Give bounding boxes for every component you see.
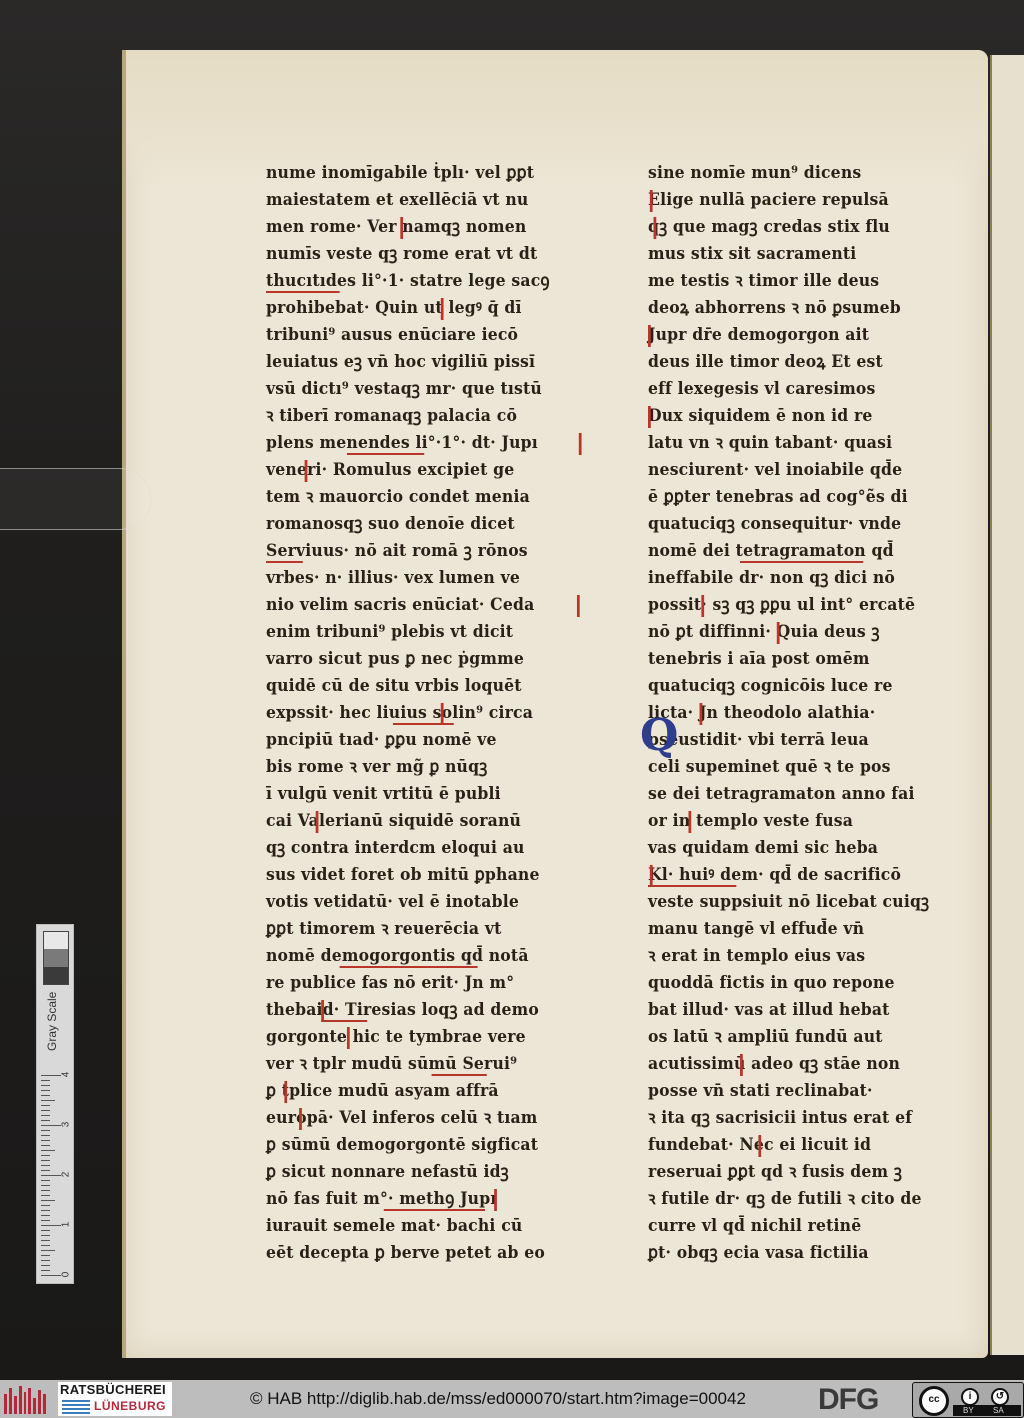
rubric-mark <box>441 703 444 725</box>
manuscript-line: cai Valerianū siquidē soranū <box>266 808 590 835</box>
ruler-tick <box>41 1255 50 1256</box>
manuscript-line: gorgonte hic te tymbrae vere <box>266 1024 590 1051</box>
rubric-mark <box>577 595 580 617</box>
rubric-underline <box>740 561 863 563</box>
rubric-underline <box>321 1020 367 1022</box>
ruler-tick <box>41 1265 50 1266</box>
ruler-tick <box>41 1270 50 1271</box>
manuscript-line: se dei tetragramaton anno fai <box>648 781 939 808</box>
rubric-underline <box>432 1074 487 1076</box>
rubric-mark <box>299 1108 302 1130</box>
manuscript-line: nomē dei tetragramaton qd̄ <box>648 538 939 565</box>
manuscript-line: quatuciqꝫ consequitur· vnde <box>648 511 939 538</box>
manuscript-line: deoꝝ abhorrens ꝛ nō ꝑsumeb <box>648 295 939 322</box>
ruler-tick <box>41 1205 50 1206</box>
ruler-tick <box>41 1120 50 1121</box>
manuscript-line: licta· Jn theodolo alathia· <box>648 700 939 727</box>
rubric-mark <box>284 1081 287 1103</box>
ruler-tick <box>41 1190 50 1191</box>
manuscript-line: ꝛ tiberī romanaqꝫ palacia cō <box>266 403 590 430</box>
manuscript-line: tribuni⁹ ausus enūciare iecō <box>266 322 590 349</box>
ruler-number: 3 <box>60 1122 71 1128</box>
ruler-tick <box>41 1175 61 1176</box>
rubric-underline <box>347 453 424 455</box>
rubric-mark <box>648 406 651 428</box>
ruler-number: 4 <box>60 1072 71 1078</box>
manuscript-line: votis vetidatū· vel ē inotable <box>266 889 590 916</box>
rubric-underline <box>648 885 736 887</box>
ruler-tick <box>41 1200 55 1201</box>
ruler-tick <box>41 1150 55 1151</box>
ruler-tick <box>41 1275 61 1276</box>
manuscript-line: tem ꝛ mauorcio condet menia <box>266 484 590 511</box>
manuscript-line: veste suppsiuit nō licebat cuiqꝫ <box>648 889 939 916</box>
rubric-mark <box>347 1027 350 1049</box>
manuscript-line: Kl· huiꝰ dem· qd̄ de sacrificō <box>648 862 939 889</box>
ruler-tick <box>41 1170 50 1171</box>
ruler-tick <box>41 1225 61 1226</box>
copyright-link[interactable]: © HAB http://diglib.hab.de/mss/ed000070/… <box>250 1389 746 1409</box>
rubric-mark <box>654 217 657 239</box>
cc-license-badge[interactable]: cc i ↺ BY SA <box>912 1382 1024 1418</box>
manuscript-line: vrbes· n· illius· vex lumen ve <box>266 565 590 592</box>
rubric-mark <box>758 1135 761 1157</box>
text-column-right: sine nomīe mun⁹ dicensElige nullā pacier… <box>648 160 964 1267</box>
rubric-underline <box>384 1209 485 1211</box>
manuscript-line: leuiatus eꝫ vn̄ hoc vigiliū pissı̄ <box>266 349 590 376</box>
manuscript-line: or in templo veste fusa <box>648 808 939 835</box>
ruler-tick <box>41 1135 50 1136</box>
ratsbuecherei-logo: RATSBÜCHEREI LÜNEBURG <box>58 1382 172 1416</box>
manuscript-line: plens menendes li°·1°· dt· Jupı <box>266 430 590 457</box>
license-by-label: BY <box>963 1406 974 1415</box>
gray-scale-ruler: Gray Scale 01234 <box>36 924 74 1284</box>
ruler-tick <box>41 1185 50 1186</box>
rubric-mark <box>650 190 653 212</box>
ruler-tick <box>41 1085 50 1086</box>
rubric-mark <box>579 433 582 455</box>
manuscript-line: nesciurent· vel inoiabile qd̄e <box>648 457 939 484</box>
library-name-top: RATSBÜCHEREI <box>60 1382 166 1397</box>
ruler-tick <box>41 1260 50 1261</box>
manuscript-line: fundebat· Nec ei licuit id <box>648 1132 939 1159</box>
ruler-tick <box>41 1230 50 1231</box>
ruler-tick <box>41 1160 50 1161</box>
manuscript-line: vsū dictı⁹ vestaqꝫ mr· que tıstū <box>266 376 590 403</box>
manuscript-line: quoddā fictis in quo repone <box>648 970 939 997</box>
manuscript-line: Serviuus· nō ait romā ꝫ rōnos <box>266 538 590 565</box>
manuscript-line: celi supeminet quē ꝛ te pos <box>648 754 939 781</box>
cc-icon: cc <box>919 1386 949 1416</box>
ruler-tick <box>41 1115 50 1116</box>
ruler-tick <box>41 1125 61 1126</box>
manuscript-line: quatuciqꝫ cognicōis luce re <box>648 673 939 700</box>
ruler-tick <box>41 1210 50 1211</box>
ruler-tick <box>41 1180 50 1181</box>
ruler-tick <box>41 1080 50 1081</box>
license-sa-label: SA <box>993 1406 1004 1415</box>
dfg-logo: DFG <box>818 1385 878 1415</box>
rubric-mark <box>400 217 403 239</box>
ruler-tick <box>41 1235 50 1236</box>
gray-swatch-light <box>43 931 69 949</box>
library-name-bottom: LÜNEBURG <box>94 1399 166 1413</box>
manuscript-line: Jupr dr̄e demogorgon ait <box>648 322 939 349</box>
manuscript-line: Elige nullā paciere repulsā <box>648 187 939 214</box>
text-column-left: nume inomīgabile ṫplı· vel ꝑꝑtmaiestatem… <box>266 160 618 1267</box>
rubric-mark <box>648 325 651 347</box>
manuscript-line: nō ꝑt diffinni· Quia deus ꝫ <box>648 619 939 646</box>
manuscript-line: varro sicut pus ꝑ nec ṗgmme <box>266 646 590 673</box>
rubric-mark <box>441 298 444 320</box>
open-book-icon <box>62 1400 90 1414</box>
manuscript-line: me testis ꝛ timor ille deus <box>648 268 939 295</box>
manuscript-line: ꝛ erat in templo eius vas <box>648 943 939 970</box>
ruler-number: 1 <box>60 1222 71 1228</box>
manuscript-line: eēt decepta ꝑ berve petet ab eo <box>266 1240 590 1267</box>
ruler-tick <box>41 1240 50 1241</box>
ruler-tick <box>41 1220 50 1221</box>
manuscript-line: ī vulgū venit vrtitū ē publi <box>266 781 590 808</box>
manuscript-line: pseustidit· vbi terrā leua <box>648 727 939 754</box>
rubric-underline <box>340 966 478 968</box>
ruler-tick <box>41 1250 55 1251</box>
manuscript-line: nomē demogorgontis qd̄ notā <box>266 943 590 970</box>
manuscript-line: sus videt foret ob mitū ꝑphane <box>266 862 590 889</box>
page-left-edge <box>122 50 126 1358</box>
ruler-tick <box>41 1165 50 1166</box>
manuscript-line: latu vn ꝛ quin tabant· quasi <box>648 430 939 457</box>
manuscript-line: ꝛ ita qꝫ sacrisicii intus erat ef <box>648 1105 939 1132</box>
manuscript-line: ꝑ sūmū demogorgontē sigficat <box>266 1132 590 1159</box>
manuscript-line: ineffabile dr· non qꝫ dici nō <box>648 565 939 592</box>
ruler-tick <box>41 1090 50 1091</box>
footer-bar: RATSBÜCHEREI LÜNEBURG © HAB http://digli… <box>0 1380 1024 1418</box>
manuscript-line: quidē cū de situ vrbis loquēt <box>266 673 590 700</box>
manuscript-line: ꝑꝑt timorem ꝛ reuerēcia vt <box>266 916 590 943</box>
gray-swatch-mid <box>43 949 69 967</box>
glass-page-holder <box>0 450 160 546</box>
rubric-underline <box>266 291 340 293</box>
rubric-mark <box>700 703 703 725</box>
ruler-tick <box>41 1215 50 1216</box>
manuscript-line: nume inomīgabile ṫplı· vel ꝑꝑt <box>266 160 590 187</box>
rubric-mark <box>701 595 704 617</box>
manuscript-line: numīs veste qꝫ rome erat vt dt <box>266 241 590 268</box>
manuscript-line: manu tangē vl effud̄e vn̄ <box>648 916 939 943</box>
manuscript-line: ꝛ futile dr· qꝫ de futili ꝛ cito de <box>648 1186 939 1213</box>
ruler-tick <box>41 1130 50 1131</box>
facing-page-edge <box>990 55 1024 1355</box>
manuscript-line: ver ꝛ tplr mudū sūmū Serui⁹ <box>266 1051 590 1078</box>
ruler-tick <box>41 1145 50 1146</box>
ruler-tick <box>41 1195 50 1196</box>
manuscript-line: vas quidam demi sic heba <box>648 835 939 862</box>
manuscript-line: nō fas fuit m°· methꝯ Jupı <box>266 1186 590 1213</box>
manuscript-line: tenebris i aīa post omēm <box>648 646 939 673</box>
decorated-initial: Q <box>640 716 684 756</box>
manuscript-line: qꝫ que magꝫ credas stix flu <box>648 214 939 241</box>
manuscript-line: pncipiū tıad· ꝑꝑu nomē ve <box>266 727 590 754</box>
library-bars-logo <box>4 1386 46 1414</box>
manuscript-line: reseruai ꝑꝑt qd ꝛ fusis dem ꝫ <box>648 1159 939 1186</box>
manuscript-line: re publice fas nō erit· Jn m° <box>266 970 590 997</box>
manuscript-line: acutissimū adeo qꝫ stāe non <box>648 1051 939 1078</box>
manuscript-line: posse vn̄ stati reclinabat· <box>648 1078 939 1105</box>
ruler-tick <box>41 1140 50 1141</box>
manuscript-line: ꝑ sicut nonnare nefastū idꝫ <box>266 1159 590 1186</box>
ruler-number: 2 <box>60 1172 71 1178</box>
rubric-underline <box>266 561 303 563</box>
manuscript-line: maiestatem et exellēciā vt nu <box>266 187 590 214</box>
page-holder-rod <box>0 468 151 530</box>
ruler-tick <box>41 1155 50 1156</box>
manuscript-line: expssit· hec liuius solin⁹ circa <box>266 700 590 727</box>
manuscript-line: deus ille timor deoꝝ Et est <box>648 349 939 376</box>
manuscript-line: veneri· Romulus excipiet ge <box>266 457 590 484</box>
manuscript-line: mus stix sit sacramenti <box>648 241 939 268</box>
rubric-mark <box>740 1054 743 1076</box>
ruler-ticks: 01234 <box>41 1065 71 1275</box>
ruler-tick <box>41 1095 50 1096</box>
manuscript-line: thebaid· Tiresias loqꝫ ad demo <box>266 997 590 1024</box>
manuscript-line: europā· Vel inferos celū ꝛ tıam <box>266 1105 590 1132</box>
rubric-underline <box>393 723 454 725</box>
rubric-mark <box>321 1000 324 1022</box>
ruler-tick <box>41 1105 50 1106</box>
manuscript-line: ē ꝑꝑter tenebras ad cog°ẽs di <box>648 484 939 511</box>
ruler-tick <box>41 1110 50 1111</box>
rubric-mark <box>777 622 780 644</box>
rubric-mark <box>494 1189 497 1211</box>
manuscript-line: nio velim sacris enūciat· Ceda <box>266 592 590 619</box>
rubric-mark <box>650 865 653 887</box>
manuscript-line: os latū ꝛ ampliū fundū aut <box>648 1024 939 1051</box>
gray-swatch-dark <box>43 967 69 985</box>
manuscript-line: men rome· Ver namqꝫ nomen <box>266 214 590 241</box>
manuscript-line: possit· sꝫ qꝫ ꝑꝑu ul int° ercatē <box>648 592 939 619</box>
ruler-tick <box>41 1075 61 1076</box>
rubric-mark <box>688 811 691 833</box>
rubric-mark <box>305 460 308 482</box>
manuscript-line: ꝑt· obqꝫ ecia vasa fictilia <box>648 1240 939 1267</box>
gray-scale-label: Gray Scale <box>45 1003 65 1051</box>
ruler-tick <box>41 1245 50 1246</box>
manuscript-line: Dux siquidem ē non id re <box>648 403 939 430</box>
ruler-number: 0 <box>60 1272 71 1278</box>
manuscript-line: eff lexegesis vl caresimos <box>648 376 939 403</box>
manuscript-line: bat illud· vas at illud hebat <box>648 997 939 1024</box>
ruler-tick <box>41 1100 55 1101</box>
manuscript-line: bis rome ꝛ ver mg̃ ꝑ nūqꝫ <box>266 754 590 781</box>
manuscript-line: qꝫ contra interdcm eloqui au <box>266 835 590 862</box>
manuscript-line: sine nomīe mun⁹ dicens <box>648 160 939 187</box>
manuscript-line: curre vl qd̄ nichil retinē <box>648 1213 939 1240</box>
share-alike-icon: ↺ <box>991 1388 1009 1406</box>
rubric-mark <box>316 811 319 833</box>
attribution-icon: i <box>961 1388 979 1406</box>
manuscript-line: iurauit semele mat· bachi cū <box>266 1213 590 1240</box>
manuscript-line: romanosqꝫ suo denoīe dicet <box>266 511 590 538</box>
manuscript-line: thucıtıdes li°·1· statre lege sacꝯ <box>266 268 590 295</box>
manuscript-line: prohibebat· Quin ut legꝰ q̄ dī <box>266 295 590 322</box>
manuscript-line: ꝑ tplice mudū asyam affrā <box>266 1078 590 1105</box>
manuscript-line: enim tribuni⁹ plebis vt dicit <box>266 619 590 646</box>
